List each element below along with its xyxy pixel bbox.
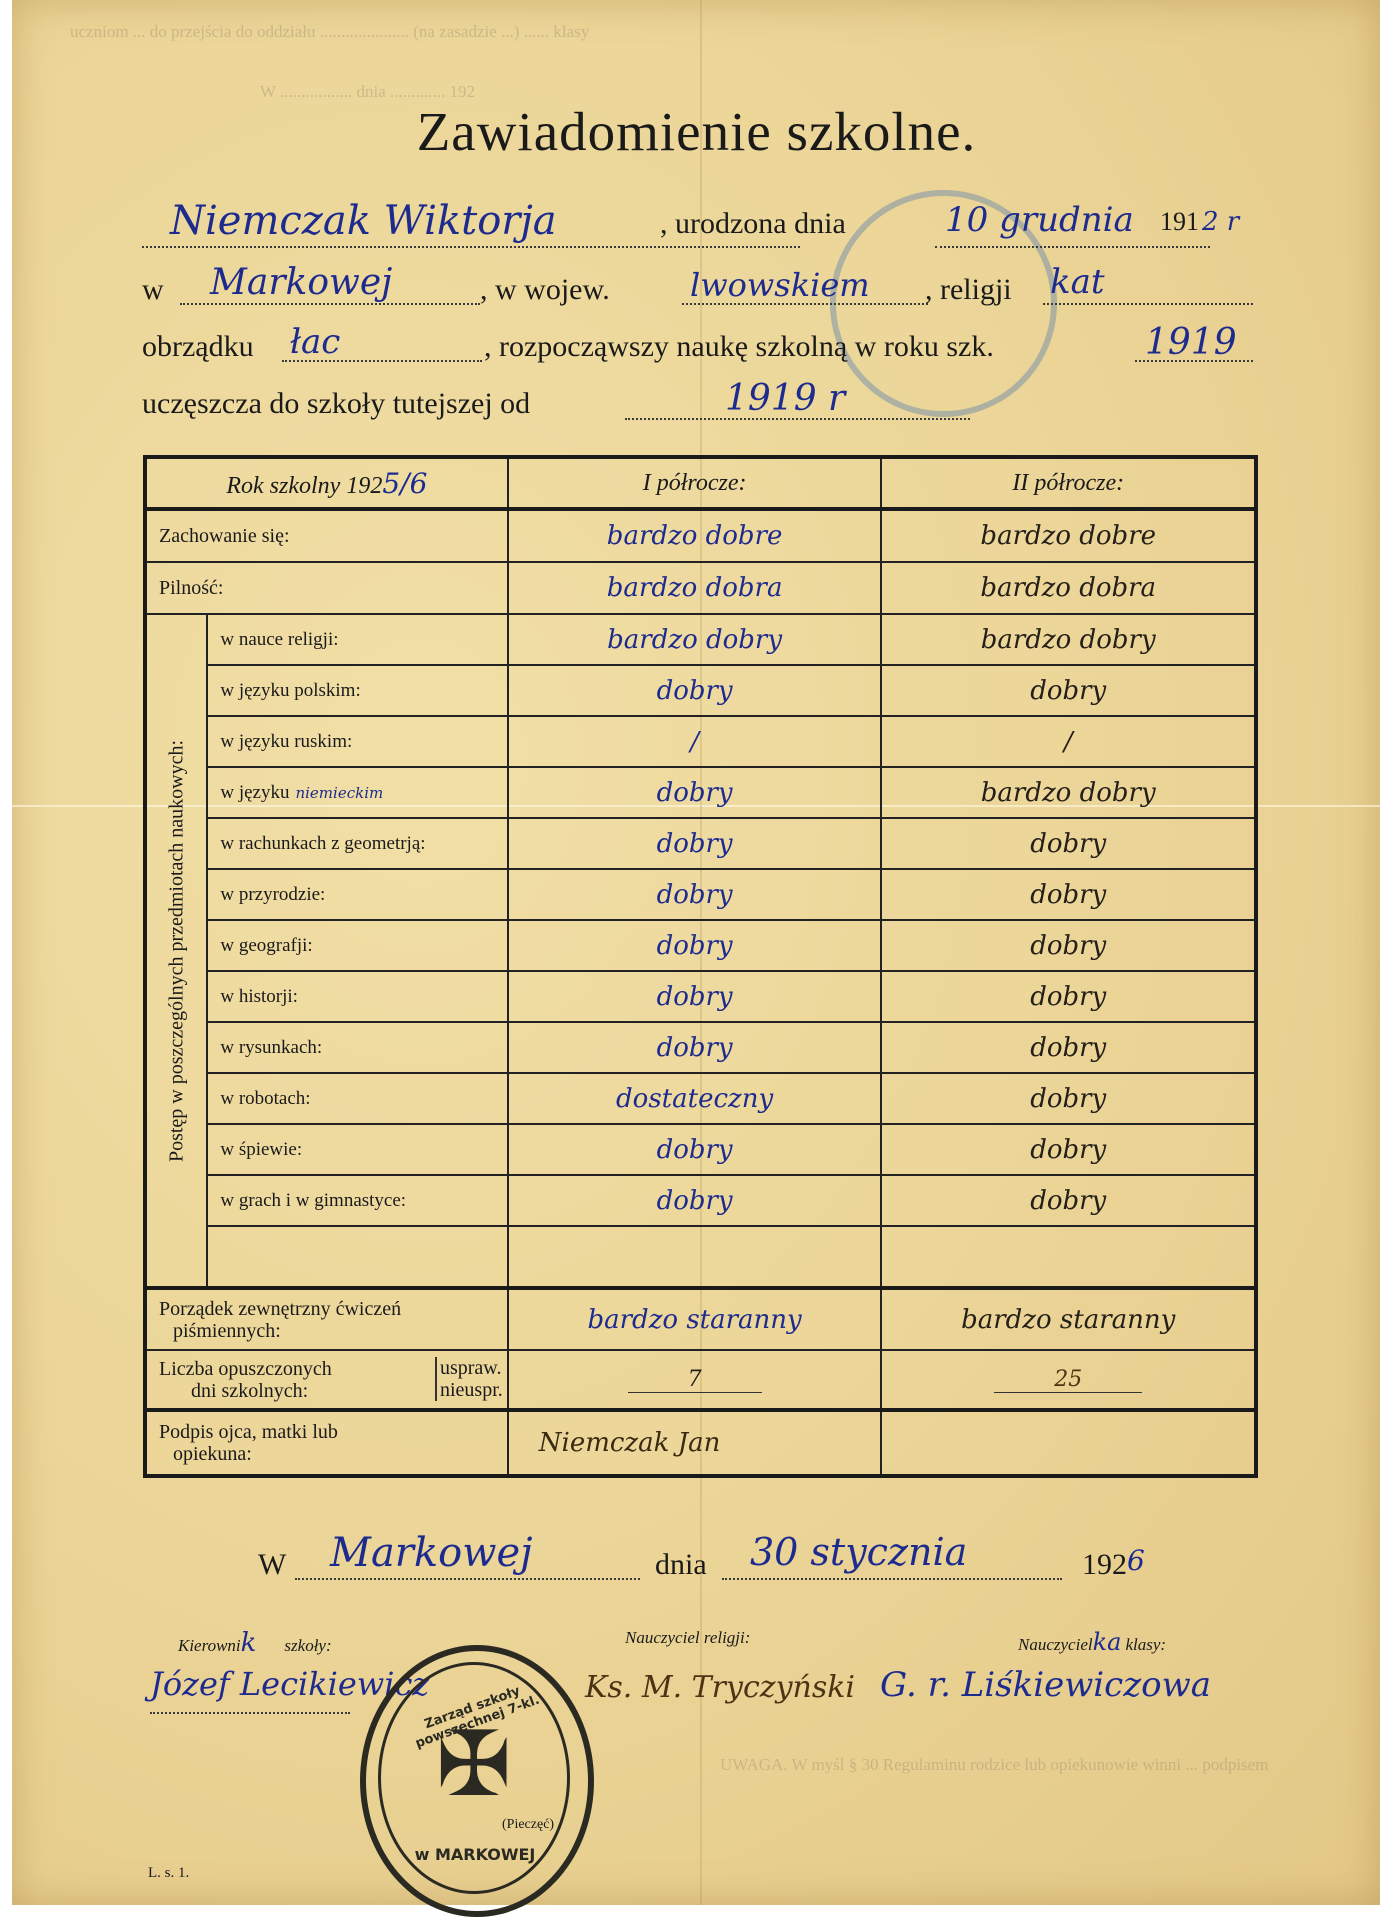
subject-grade-sem2: dobry: [881, 665, 1256, 716]
footer-place: Markowej: [330, 1530, 533, 1576]
behavior-sem1: bardzo dobre: [508, 509, 882, 562]
missed-days-sem1: 7: [508, 1350, 882, 1410]
subject-grade-sem1: dobry: [508, 818, 882, 869]
table-row: w języku polskim:dobrydobry: [145, 665, 1256, 716]
footer-label-day: dnia: [655, 1548, 707, 1582]
rite: łac: [290, 322, 340, 362]
subject-label: w grach i w gimnastyce:: [207, 1175, 507, 1226]
unexcused-label: nieuspr.: [440, 1379, 503, 1401]
school-year-hand: 5/6: [382, 467, 427, 500]
subject-label: w robotach:: [207, 1073, 507, 1124]
behavior-sem2: bardzo dobre: [881, 509, 1256, 562]
table-row: Postęp w poszczególnych przedmiotach nau…: [145, 614, 1256, 665]
stamp-label: (Pieczęć): [502, 1817, 554, 1833]
table-row: w grach i w gimnastyce:dobrydobry: [145, 1175, 1256, 1226]
written-order-sem2: bardzo staranny: [881, 1288, 1256, 1350]
excused-label: uspraw.: [440, 1357, 503, 1379]
footer-year: 192: [1082, 1548, 1127, 1582]
table-row: w rysunkach:dobrydobry: [145, 1022, 1256, 1073]
signature-label: Podpis ojca, matki lub opiekuna:: [145, 1410, 508, 1476]
bleed-through-text: uczniom ... do przejścia do oddziału ...…: [70, 22, 589, 42]
subject-label: w języku polskim:: [207, 665, 507, 716]
subject-label: w geografji:: [207, 920, 507, 971]
missed-days-label: Liczba opuszczonych dni szkolnych: uspra…: [145, 1350, 508, 1410]
religion-teacher-signature: Ks. M. Tryczyński: [585, 1670, 855, 1705]
subject-label: w historji:: [207, 971, 507, 1022]
subject-label: w rachunkach z geometrją:: [207, 818, 507, 869]
subject-grade-sem1: dobry: [508, 767, 882, 818]
subject-label: w języku ruskim:: [207, 716, 507, 767]
dotted-line: [722, 1578, 1062, 1580]
table-row: Liczba opuszczonych dni szkolnych: uspra…: [145, 1350, 1256, 1410]
footer-date: 30 stycznia: [750, 1530, 967, 1574]
stamp-text-bottom: w MARKOWEJ: [410, 1845, 540, 1864]
dotted-line: [935, 246, 1210, 248]
subject-grade-sem2: dobry: [881, 1022, 1256, 1073]
subject-grade-sem1: bardzo dobry: [508, 614, 882, 665]
behavior-label: Zachowanie się:: [145, 509, 508, 562]
table-row: [145, 1226, 1256, 1288]
label-religion: , religji: [925, 273, 1012, 307]
subject-grade-sem2: dobry: [881, 920, 1256, 971]
table-row: Pilność: bardzo dobra bardzo dobra: [145, 562, 1256, 614]
subject-grade-sem2: dobry: [881, 1124, 1256, 1175]
bleed-through-text-2: W ................. dnia ............. 1…: [260, 82, 475, 102]
subject-grade-sem2: dobry: [881, 971, 1256, 1022]
subject-grade-sem1: dobry: [508, 1175, 882, 1226]
religion-teacher-label: Nauczyciel religji:: [625, 1628, 750, 1648]
table-row: w rachunkach z geometrją:dobrydobry: [145, 818, 1256, 869]
subject-grade-sem2: bardzo dobry: [881, 767, 1256, 818]
label-attends: uczęszcza do szkoły tutejszej od: [142, 387, 530, 421]
bleed-through-note: UWAGA. W myśl § 30 Regulaminu rodzice lu…: [720, 1755, 1269, 1775]
form-number: L. s. 1.: [148, 1865, 189, 1882]
subject-grade-sem1: [508, 1226, 882, 1288]
label-started: , rozpocząwszy naukę szkolną w roku szk.: [484, 330, 994, 364]
semester-1-header: I półrocze:: [508, 457, 882, 509]
subject-grade-sem1: dobry: [508, 920, 882, 971]
dotted-line: [142, 246, 800, 248]
table-row: w historji:dobrydobry: [145, 971, 1256, 1022]
student-name: Niemczak Wiktorja: [170, 198, 557, 244]
progress-group-label: Postęp w poszczególnych przedmiotach nau…: [145, 614, 207, 1288]
parent-signature-sem2: [881, 1410, 1256, 1476]
dotted-line: [1043, 303, 1253, 305]
subject-label: w rysunkach:: [207, 1022, 507, 1073]
subject-grade-sem2: dobry: [881, 1175, 1256, 1226]
table-row: Podpis ojca, matki lub opiekuna: Niemcza…: [145, 1410, 1256, 1476]
subject-grade-sem2: [881, 1226, 1256, 1288]
director-label: Kierownikszkoły:: [178, 1628, 332, 1658]
table-row: w językuniemieckimdobrybardzo dobry: [145, 767, 1256, 818]
semester-2-header: II półrocze:: [881, 457, 1256, 509]
written-order-label: Porządek zewnętrzny ćwiczeń piśmiennych:: [145, 1288, 508, 1350]
label-in: w: [142, 273, 164, 307]
subject-grade-sem1: dobry: [508, 971, 882, 1022]
table-row: Zachowanie się: bardzo dobre bardzo dobr…: [145, 509, 1256, 562]
dotted-line: [295, 1578, 640, 1580]
footer-year-hand: 6: [1127, 1544, 1145, 1577]
diligence-sem2: bardzo dobra: [881, 562, 1256, 614]
subject-grade-sem2: dobry: [881, 818, 1256, 869]
attends-since: 1919 r: [725, 378, 845, 419]
table-row: w śpiewie:dobrydobry: [145, 1124, 1256, 1175]
subject-grade-sem2: /: [881, 716, 1256, 767]
birth-date: 10 grudnia: [945, 200, 1134, 240]
religion: kat: [1050, 262, 1105, 302]
subject-label: w językuniemieckim: [207, 767, 507, 818]
subject-grade-sem1: dobry: [508, 1124, 882, 1175]
grades-table: Rok szkolny 1925/6 I półrocze: II półroc…: [143, 455, 1258, 1478]
label-voivodeship: , w wojew.: [480, 273, 610, 307]
diligence-sem1: bardzo dobra: [508, 562, 882, 614]
start-year: 1919: [1145, 322, 1237, 363]
subject-grade-sem2: dobry: [881, 869, 1256, 920]
table-row: w języku ruskim://: [145, 716, 1256, 767]
birth-year-print: 191: [1160, 207, 1199, 237]
subject-grade-sem1: dobry: [508, 1022, 882, 1073]
document-title: Zawiadomienie szkolne.: [0, 100, 1393, 163]
subject-grade-sem1: /: [508, 716, 882, 767]
subject-grade-sem2: bardzo dobry: [881, 614, 1256, 665]
written-order-sem1: bardzo staranny: [508, 1288, 882, 1350]
footer-label-in: W: [258, 1548, 286, 1582]
subject-label: w nauce religji:: [207, 614, 507, 665]
table-row: w przyrodzie:dobrydobry: [145, 869, 1256, 920]
subject-label-hand: niemieckim: [289, 784, 383, 802]
subject-label: w przyrodzie:: [207, 869, 507, 920]
table-row: w geografji:dobrydobry: [145, 920, 1256, 971]
parent-signature-sem1: Niemczak Jan: [508, 1410, 882, 1476]
dotted-line: [180, 303, 480, 305]
birth-place: Markowej: [210, 262, 392, 303]
voivodeship: lwowskiem: [690, 266, 870, 304]
subject-label: [207, 1226, 507, 1288]
label-born: , urodzona dnia: [660, 207, 846, 241]
subject-grade-sem1: dobry: [508, 665, 882, 716]
subject-grade-sem1: dobry: [508, 869, 882, 920]
class-teacher-signature: G. r. Liśkiewiczowa: [880, 1665, 1211, 1705]
table-row: w robotach:dostatecznydobry: [145, 1073, 1256, 1124]
class-teacher-label: Nauczycielkaklasy:: [1018, 1628, 1166, 1656]
subject-grade-sem1: dostateczny: [508, 1073, 882, 1124]
birth-year-hand: 2 r: [1202, 207, 1239, 237]
label-rite: obrządku: [142, 330, 254, 364]
subject-label: w śpiewie:: [207, 1124, 507, 1175]
diligence-label: Pilność:: [145, 562, 508, 614]
table-row: Porządek zewnętrzny ćwiczeń piśmiennych:…: [145, 1288, 1256, 1350]
dotted-line: [150, 1712, 350, 1714]
subject-grade-sem2: dobry: [881, 1073, 1256, 1124]
school-year-header: Rok szkolny 1925/6: [145, 457, 508, 509]
table-header-row: Rok szkolny 1925/6 I półrocze: II półroc…: [145, 457, 1256, 509]
missed-days-sem2: 25: [881, 1350, 1256, 1410]
